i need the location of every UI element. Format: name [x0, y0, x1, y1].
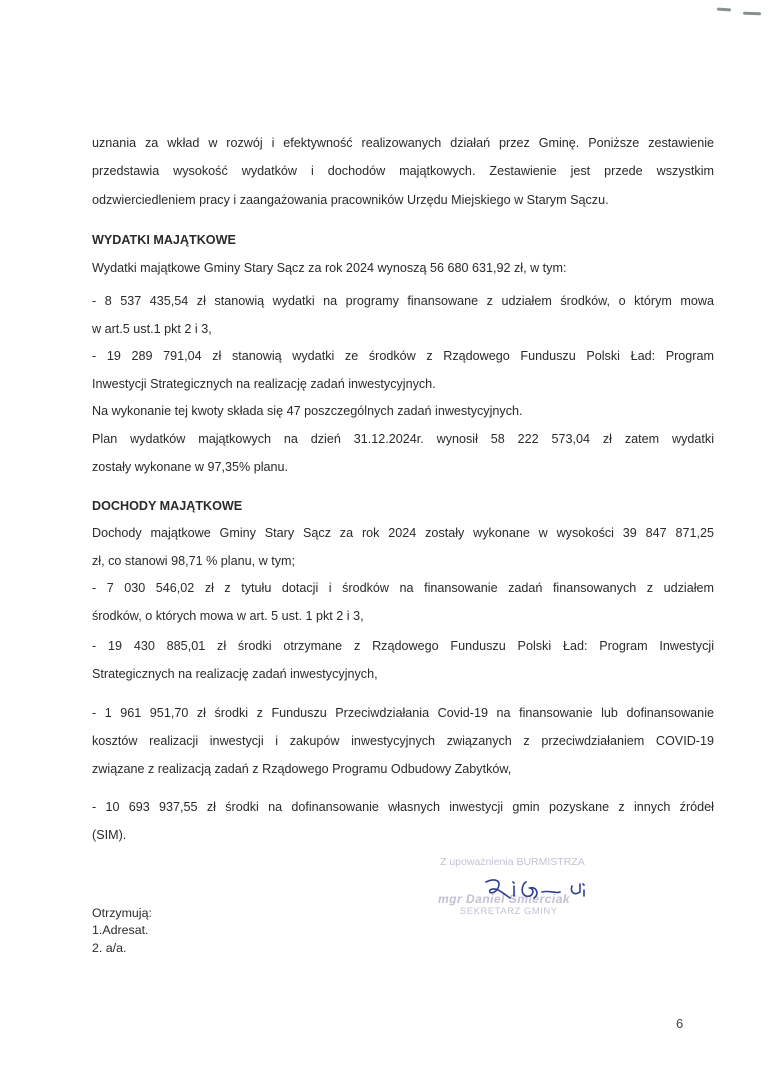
revenue-item: kosztów realizacji inwestycji i zakupów …	[92, 733, 714, 749]
intro-line: uznania za wkład w rozwój i efektywność …	[92, 135, 714, 151]
recipient-item: 2. a/a.	[92, 940, 126, 956]
expenditures-summary: Wydatki majątkowe Gminy Stary Sącz za ro…	[92, 260, 566, 276]
intro-line: przedstawia wysokość wydatków i dochodów…	[92, 163, 714, 179]
revenues-summary: zł, co stanowi 98,71 % planu, w tym;	[92, 553, 295, 569]
expenditure-item: w art.5 ust.1 pkt 2 i 3,	[92, 321, 212, 337]
revenue-item: - 7 030 546,02 zł z tytułu dotacji i śro…	[92, 580, 714, 596]
revenues-heading: DOCHODY MAJĄTKOWE	[92, 498, 242, 514]
expenditure-item: - 19 289 791,04 zł stanowią wydatki ze ś…	[92, 348, 714, 364]
revenue-item: - 10 693 937,55 zł środki na dofinansowa…	[92, 799, 714, 815]
revenue-item: środków, o których mowa w art. 5 ust. 1 …	[92, 608, 364, 624]
expenditures-heading: WYDATKI MAJĄTKOWE	[92, 232, 236, 248]
revenues-summary: Dochody majątkowe Gminy Stary Sącz za ro…	[92, 525, 714, 541]
scan-artifact	[717, 8, 731, 12]
revenue-item: Strategicznych na realizację zadań inwes…	[92, 666, 378, 682]
revenue-item: - 19 430 885,01 zł środki otrzymane z Rz…	[92, 638, 714, 654]
recipient-item: 1.Adresat.	[92, 922, 148, 938]
expenditure-item: - 8 537 435,54 zł stanowią wydatki na pr…	[92, 293, 714, 309]
revenue-item: (SIM).	[92, 827, 126, 843]
signature	[480, 872, 600, 912]
scan-artifact	[743, 12, 761, 16]
expenditures-plan: zostały wykonane w 97,35% planu.	[92, 459, 288, 475]
revenue-item: związane z realizacją zadań z Rządowego …	[92, 761, 511, 777]
expenditure-item: Inwestycji Strategicznych na realizację …	[92, 376, 436, 392]
expenditures-tasks: Na wykonanie tej kwoty składa się 47 pos…	[92, 403, 523, 419]
page-number: 6	[676, 1016, 683, 1031]
stamp-authorization-line: Z upoważnienia BURMISTRZA	[440, 856, 585, 868]
intro-line: odzwierciedleniem pracy i zaangażowania …	[92, 192, 609, 208]
expenditures-plan: Plan wydatków majątkowych na dzień 31.12…	[92, 431, 714, 447]
recipients-label: Otrzymują:	[92, 905, 152, 921]
revenue-item: - 1 961 951,70 zł środki z Funduszu Prze…	[92, 705, 714, 721]
